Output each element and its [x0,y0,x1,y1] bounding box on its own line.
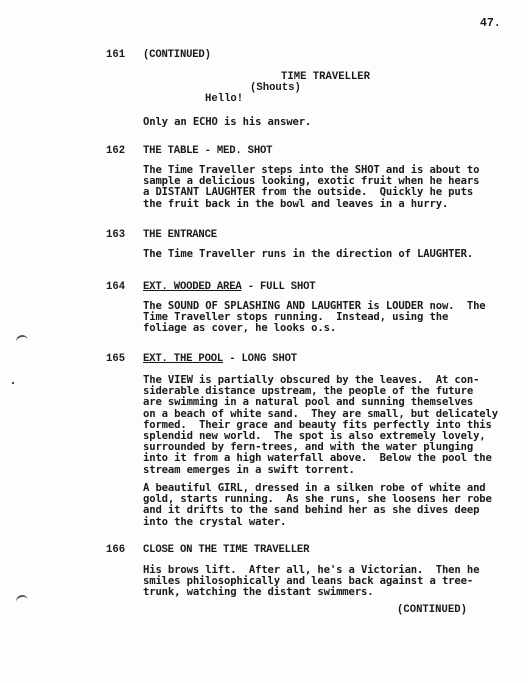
script-page: 47. 161 (CONTINUED) TIME TRAVELLER (Shou… [0,0,528,683]
scene-heading: THE TABLE - MED. SHOT [143,145,272,157]
action-text: A beautiful GIRL, dressed in a silken ro… [143,483,492,528]
action-text: The VIEW is partially obscured by the le… [143,375,498,476]
scene-heading-location: EXT. THE POOL [143,353,223,365]
dialogue: Hello! [205,93,243,105]
scene-heading-shot: - LONG SHOT [223,353,297,365]
action-text: His brows lift. After all, he's a Victor… [143,565,479,599]
parenthetical: (Shouts) [250,82,301,94]
action-text: The Time Traveller steps into the SHOT a… [143,165,479,210]
scene-heading: EXT. THE POOL - LONG SHOT [143,353,297,365]
punch-hole-mark [15,594,29,606]
scene-number: 165 [106,353,125,365]
punch-hole-mark [15,334,29,346]
continued-label: (CONTINUED) [397,604,467,616]
scene-heading: (CONTINUED) [143,49,211,61]
action-text: The SOUND OF SPLASHING AND LAUGHTER is L… [143,301,486,335]
scene-number: 162 [106,145,125,157]
scene-heading: CLOSE ON THE TIME TRAVELLER [143,544,309,556]
scene-heading: EXT. WOODED AREA - FULL SHOT [143,281,315,293]
scene-heading-location: EXT. WOODED AREA [143,281,242,293]
scene-number: 164 [106,281,125,293]
scene-number: 163 [106,229,125,241]
action-text: The Time Traveller runs in the direction… [143,249,473,260]
scene-heading-shot: - FULL SHOT [242,281,316,293]
paper-speck [12,382,14,384]
scene-heading: THE ENTRANCE [143,229,217,241]
scene-number: 161 [106,49,125,61]
action-text: Only an ECHO is his answer. [143,117,311,128]
page-number: 47. [480,17,501,30]
scene-number: 166 [106,544,125,556]
